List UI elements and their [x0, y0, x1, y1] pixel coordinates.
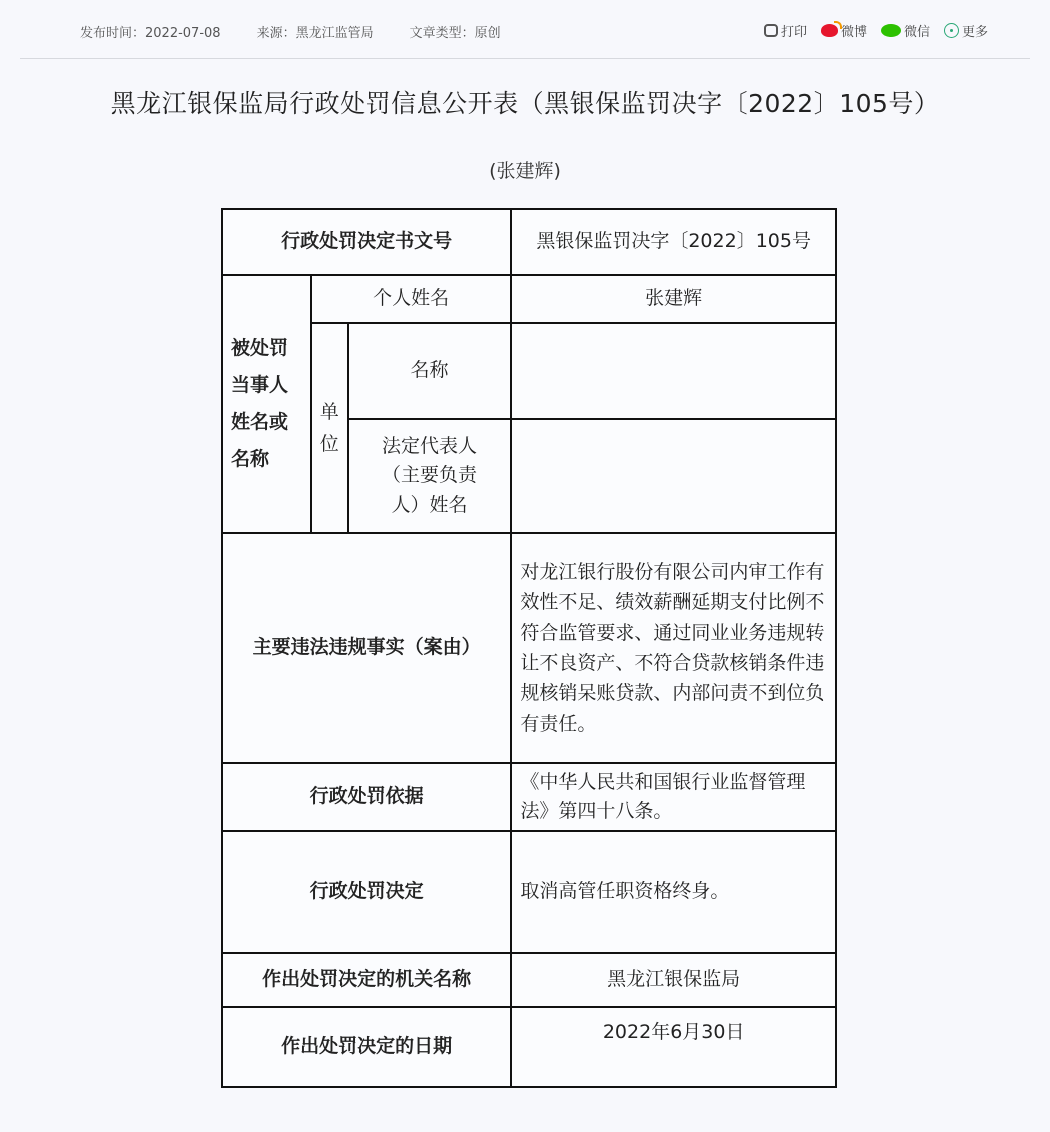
article-type-value: 原创: [475, 26, 501, 41]
authority-value: 黑龙江银保监局: [511, 953, 836, 1007]
weibo-label: 微博: [841, 21, 867, 40]
unit-name-value: [511, 323, 836, 419]
publish-time-label: 发布时间：: [80, 26, 145, 41]
publish-time-value: 2022-07-08: [145, 26, 221, 41]
source-value: 黑龙江监管局: [296, 26, 374, 41]
date-label: 作出处罚决定的日期: [222, 1007, 511, 1087]
decision-no-value: 黑银保监罚决字〔2022〕105号: [511, 209, 836, 275]
article-type-label: 文章类型：: [410, 26, 475, 41]
individual-name-label: 个人姓名: [311, 275, 511, 323]
print-label: 打印: [781, 21, 807, 40]
party-label: 被处罚 当事人 姓名或 名称: [222, 275, 311, 533]
table-row: 行政处罚依据 《中华人民共和国银行业监督管理法》第四十八条。: [222, 763, 836, 831]
table-row: 行政处罚决定书文号 黑银保监罚决字〔2022〕105号: [222, 209, 836, 275]
decision-value: 取消高管任职资格终身。: [511, 831, 836, 953]
legal-rep-label-line: 人）姓名: [349, 491, 511, 520]
table-row: 作出处罚决定的日期 2022年6月30日: [222, 1007, 836, 1087]
publish-time: 发布时间：2022-07-08: [80, 22, 221, 41]
date-value: 2022年6月30日: [511, 1007, 836, 1087]
table-row: 被处罚 当事人 姓名或 名称 个人姓名 张建辉: [222, 275, 836, 323]
more-icon: [944, 23, 959, 38]
facts-value: 对龙江银行股份有限公司内审工作有效性不足、绩效薪酬延期支付比例不符合监管要求、通…: [511, 533, 836, 763]
individual-name-value: 张建辉: [511, 275, 836, 323]
unit-label: 单 位: [311, 323, 348, 533]
wechat-share-button[interactable]: 微信: [881, 21, 930, 40]
party-label-line: 被处罚: [231, 330, 310, 367]
weibo-icon: [821, 24, 838, 37]
weibo-share-button[interactable]: 微博: [821, 21, 867, 40]
table-row: 主要违法违规事实（案由） 对龙江银行股份有限公司内审工作有效性不足、绩效薪酬延期…: [222, 533, 836, 763]
party-label-line: 姓名或: [231, 404, 310, 441]
wechat-icon: [881, 24, 901, 37]
article-type: 文章类型：原创: [410, 22, 501, 41]
legal-rep-label: 法定代表人 （主要负责 人）姓名: [348, 419, 512, 533]
legal-rep-label-line: （主要负责: [349, 461, 511, 490]
unit-name-label: 名称: [348, 323, 512, 419]
decision-label: 行政处罚决定: [222, 831, 511, 953]
article-meta-bar: 发布时间：2022-07-08 来源：黑龙江监管局 文章类型：原创 打印 微博 …: [0, 0, 1050, 58]
page-subtitle: (张建辉): [0, 156, 1050, 183]
table-row: 单 位 名称: [222, 323, 836, 419]
more-label: 更多: [962, 21, 988, 40]
party-label-line: 当事人: [231, 367, 310, 404]
print-button[interactable]: 打印: [764, 21, 807, 40]
divider: [20, 58, 1030, 59]
source: 来源：黑龙江监管局: [257, 22, 374, 41]
party-label-line: 名称: [231, 441, 310, 478]
share-bar: 打印 微博 微信 更多: [764, 21, 988, 40]
unit-label-char: 位: [312, 428, 347, 460]
basis-label: 行政处罚依据: [222, 763, 511, 831]
facts-label: 主要违法违规事实（案由）: [222, 533, 511, 763]
legal-rep-value: [511, 419, 836, 533]
more-share-button[interactable]: 更多: [944, 21, 988, 40]
article-meta: 发布时间：2022-07-08 来源：黑龙江监管局 文章类型：原创: [80, 22, 501, 41]
basis-value: 《中华人民共和国银行业监督管理法》第四十八条。: [511, 763, 836, 831]
source-label: 来源：: [257, 26, 296, 41]
table-row: 行政处罚决定 取消高管任职资格终身。: [222, 831, 836, 953]
decision-no-label: 行政处罚决定书文号: [222, 209, 511, 275]
page-title: 黑龙江银保监局行政处罚信息公开表（黑银保监罚决字〔2022〕105号）: [0, 84, 1050, 120]
penalty-table: 行政处罚决定书文号 黑银保监罚决字〔2022〕105号 被处罚 当事人 姓名或 …: [221, 208, 837, 1088]
authority-label: 作出处罚决定的机关名称: [222, 953, 511, 1007]
print-icon: [764, 24, 778, 37]
legal-rep-label-line: 法定代表人: [349, 432, 511, 461]
wechat-label: 微信: [904, 21, 930, 40]
table-row: 作出处罚决定的机关名称 黑龙江银保监局: [222, 953, 836, 1007]
unit-label-char: 单: [312, 396, 347, 428]
